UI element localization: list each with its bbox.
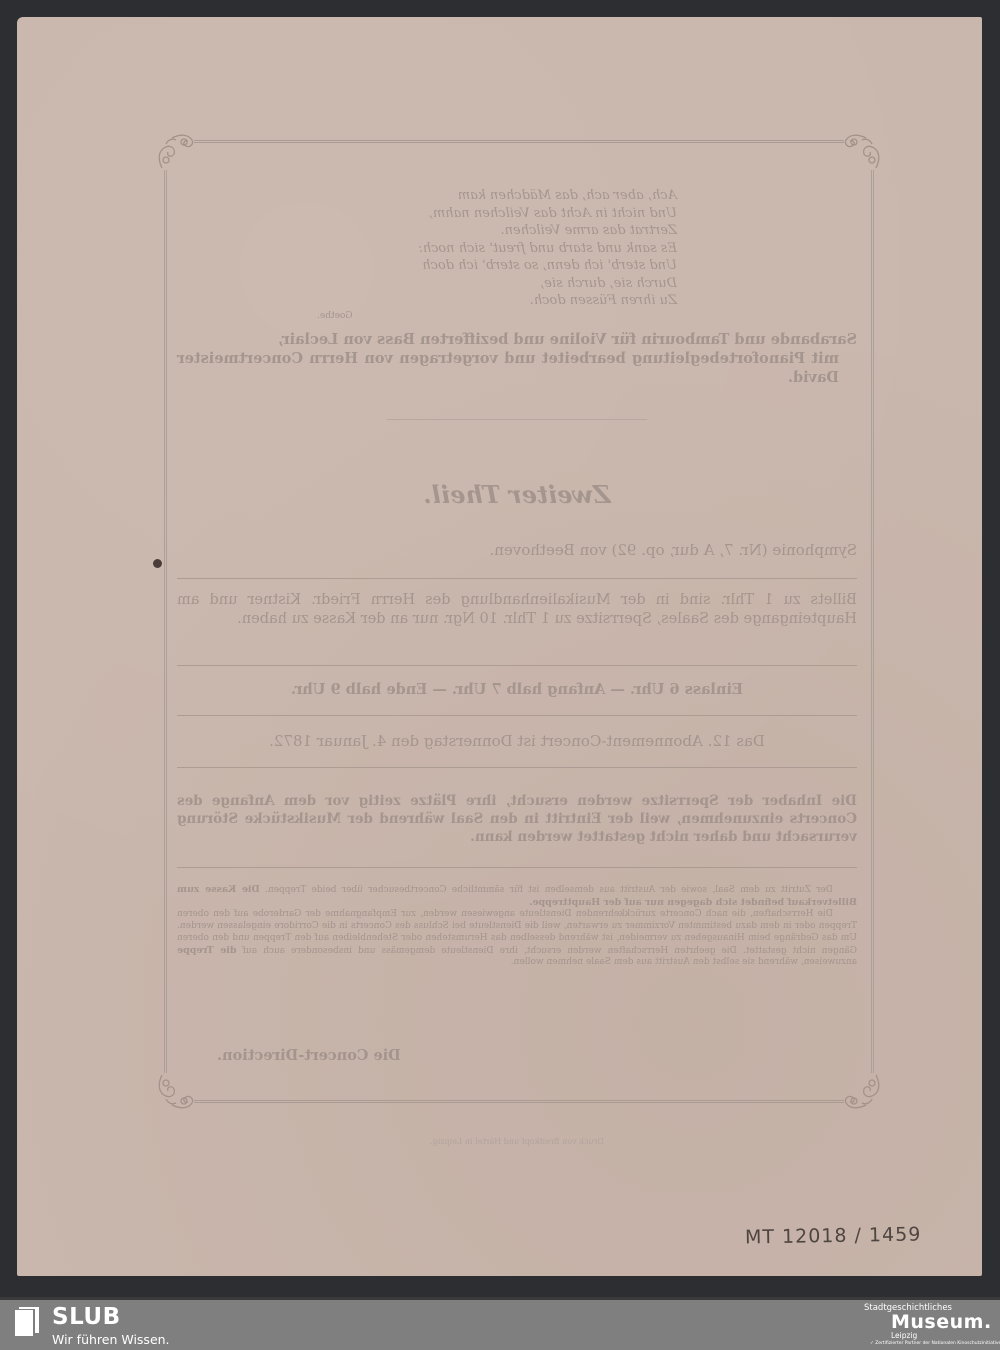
divider (177, 665, 857, 666)
section-title: Zweiter Theil. (177, 480, 857, 509)
divider (177, 867, 857, 868)
corner-ornament-icon (154, 1069, 198, 1113)
divider (177, 767, 857, 768)
frame-bottom-rule (194, 1100, 844, 1103)
next-concert: Das 12. Abonnement-Concert ist Donnersta… (177, 732, 857, 750)
small-print-paragraph: Der Zutritt zu dem Saal, sowie der Austr… (177, 884, 857, 909)
museum-certification: ✓ Zertifizierter Partner der Nationalen … (870, 1341, 1000, 1346)
printer-imprint: Druck von Breitkopf und Härtel in Leipzi… (417, 1137, 617, 1146)
divider (177, 715, 857, 716)
document-page: Ach, aber ach, das Mädchen kam Und nicht… (17, 17, 982, 1276)
small-print-text: Die Herrschaften, die nach Concerte zurü… (177, 909, 857, 955)
poem-line: Ach, aber ach, das Mädchen kam (317, 187, 677, 205)
divider (387, 419, 647, 420)
small-print-paragraph: Die Herrschaften, die nach Concerte zurü… (177, 909, 857, 969)
concert-times: Einlass 6 Uhr. — Anfang halb 7 Uhr. — En… (177, 681, 857, 698)
footer-bar: SLUB Wir führen Wissen. Stadtgeschichtli… (0, 1297, 1000, 1350)
poem-line: Und sterb' ich denn, so sterb' ich doch (317, 257, 677, 275)
slub-book-icon (13, 1306, 41, 1338)
corner-ornament-icon (840, 130, 884, 174)
small-print-text: anzuweisen, während sie selbst den Austr… (511, 957, 857, 967)
slub-tagline: Wir führen Wissen. (52, 1332, 170, 1347)
piece-title: Sarabande und Tambourin für Violine und … (177, 330, 857, 349)
ticket-info: Billets zu 1 Thlr. sind in der Musikalie… (177, 591, 857, 629)
poem-credit: Goethe. (317, 308, 677, 326)
scan-viewer: Ach, aber ach, das Mädchen kam Und nicht… (0, 0, 1000, 1297)
seating-notice: Die Inhaber der Sperrsitze werden ersuch… (177, 792, 857, 846)
museum-name: Museum. (891, 1311, 992, 1333)
poem-line: Es sank und starb und freut' sich noch: (317, 240, 677, 258)
small-print-text: Der Zutritt zu dem Saal, sowie der Austr… (265, 885, 833, 895)
poem-line: Zertrat das arme Veilchen. (317, 222, 677, 240)
divider (177, 578, 857, 579)
programme-piece: Sarabande und Tambourin für Violine und … (177, 330, 857, 387)
poem-line: Und nicht in Acht das Veilchen nahm, (317, 205, 677, 223)
small-print: Der Zutritt zu dem Saal, sowie der Austr… (177, 884, 857, 969)
museum-city: Leipzig (891, 1331, 917, 1340)
signature: Die Concert-Direction. (177, 1047, 857, 1064)
frame-top-rule (194, 140, 844, 143)
symphony-line: Symphonie (Nr. 7, A dur, op. 92) von Bee… (177, 541, 857, 559)
piece-detail: mit Pianofortebegleitung bearbeitet und … (177, 349, 857, 387)
slub-logo-text[interactable]: SLUB (52, 1304, 121, 1330)
corner-ornament-icon (154, 130, 198, 174)
corner-ornament-icon (840, 1069, 884, 1113)
small-print-bold: die Treppe (177, 945, 237, 956)
poem-line: Durch sie, durch sie, (317, 275, 677, 293)
frame-right-rule (871, 170, 874, 1073)
poem: Ach, aber ach, das Mädchen kam Und nicht… (317, 187, 677, 325)
handwritten-shelfmark: MT 12018 / 1459 (745, 1223, 922, 1248)
frame-left-rule (164, 170, 167, 1073)
